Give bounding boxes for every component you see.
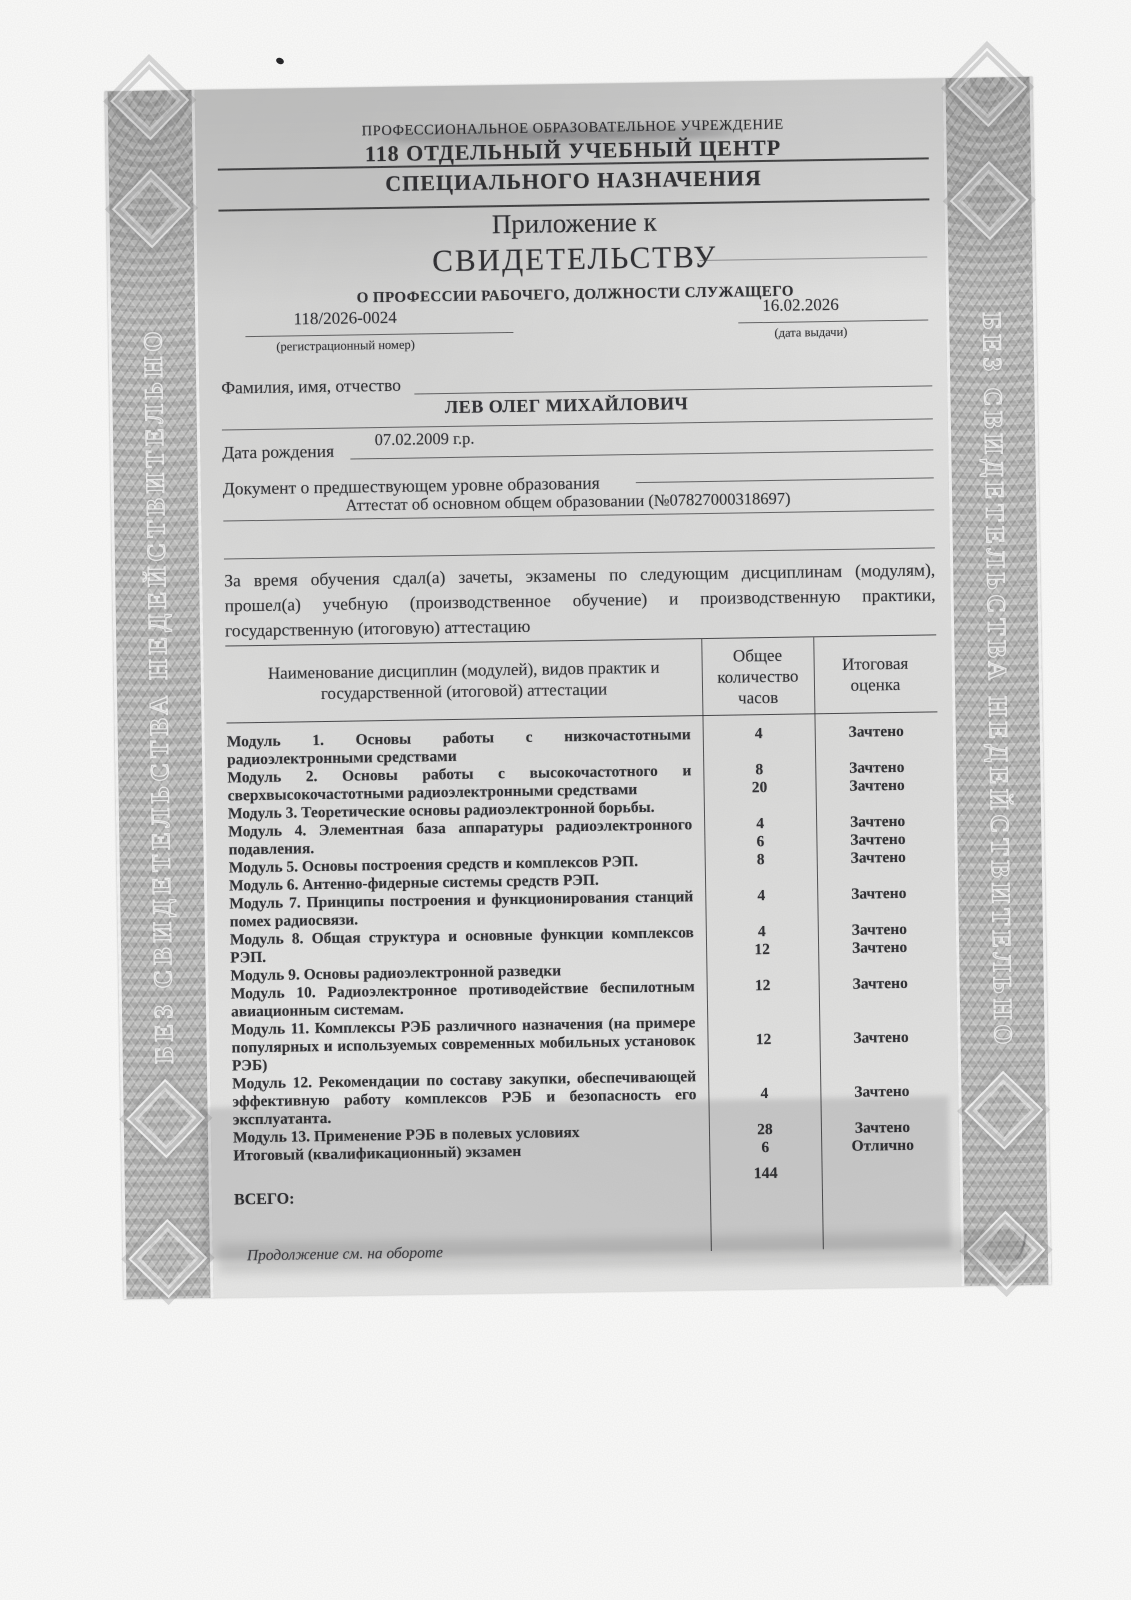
certificate-sheet: БЕЗ СВИДЕТЕЛЬСТВА НЕДЕЙСТВИТЕЛЬНО БЕЗ СВ… xyxy=(105,77,1052,1299)
module-grade-cell: Зачтено xyxy=(820,1064,944,1120)
col-header-disciplines: Наименование дисциплин (модулей), видов … xyxy=(225,639,702,722)
birth-date-value: 07.02.2009 г.р. xyxy=(322,428,527,451)
module-hours-cell: 12 xyxy=(707,976,820,1014)
total-grade-cell xyxy=(822,1180,945,1200)
module-grade-cell: Отлично xyxy=(821,1136,944,1156)
module-hours-cell: 20 xyxy=(704,796,816,816)
modules-table: Наименование дисциплин (модулей), видов … xyxy=(225,634,945,1209)
module-hours-cell: 4 xyxy=(708,1066,821,1122)
birth-date-label: Дата рождения xyxy=(222,441,334,464)
registration-number-caption: (регистрационный номер) xyxy=(230,337,460,356)
issue-date-caption: (дата выдачи) xyxy=(738,324,883,341)
total-hours-cell: 144 xyxy=(710,1182,822,1202)
scanned-page: БЕЗ СВИДЕТЕЛЬСТВА НЕДЕЙСТВИТЕЛЬНО БЕЗ СВ… xyxy=(0,0,1131,1600)
module-hours-cell: 12 xyxy=(707,1012,820,1068)
continuation-note: Продолжение см. на обороте xyxy=(247,1244,443,1265)
module-name-cell: Модуль 11. Комплексы РЭБ различного назн… xyxy=(231,1014,708,1075)
total-label-cell: ВСЕГО: xyxy=(234,1184,710,1209)
module-hours-cell: 6 xyxy=(709,1138,821,1158)
total-hours-value: 144 xyxy=(754,1165,778,1183)
rule-line xyxy=(224,547,935,559)
module-grade-cell: Зачтено xyxy=(819,1010,943,1066)
col-header-hours: Общее количество часов xyxy=(701,637,814,715)
module-grade-cell: Зачтено xyxy=(816,794,939,814)
table-header-row: Наименование дисциплин (модулей), видов … xyxy=(225,635,937,723)
registration-number: 118/2026-0024 xyxy=(245,307,445,330)
module-grade-cell: Зачтено xyxy=(815,722,939,760)
rule-line xyxy=(350,449,933,459)
rule-line xyxy=(245,332,513,337)
table-body: Модуль 1. Основы работы с низкочастотным… xyxy=(227,712,945,1165)
module-name-cell: Модуль 12. Рекомендации по составу закуп… xyxy=(232,1068,709,1129)
col-header-grade: Итоговая оценка xyxy=(813,635,937,713)
issue-date: 16.02.2026 xyxy=(738,294,863,316)
module-grade-cell: Зачтено xyxy=(821,1118,944,1138)
module-grade-cell: Зачтено xyxy=(818,956,941,976)
module-hours-cell: 8 xyxy=(705,868,817,888)
rule-line xyxy=(636,477,934,483)
module-hours-cell: 4 xyxy=(705,886,818,924)
full-name-label: Фамилия, имя, отчество xyxy=(221,375,401,399)
module-grade-cell: Зачтено xyxy=(819,974,943,1012)
module-grade-cell: Зачтено xyxy=(817,884,941,922)
scan-speck xyxy=(275,57,285,66)
rule-line xyxy=(738,319,928,323)
training-statement: За время обучения сдал(а) зачеты, экзаме… xyxy=(224,557,936,643)
certificate-content: ПРОФЕССИОНАЛЬНОЕ ОБРАЗОВАТЕЛЬНОЕ УЧРЕЖДЕ… xyxy=(105,77,1052,1299)
table-total-row: ВСЕГО: 144 xyxy=(234,1180,945,1209)
module-hours-cell: 12 xyxy=(706,958,818,978)
rule-line xyxy=(222,418,933,430)
module-hours-cell: 4 xyxy=(703,724,816,762)
module-grade-cell: Зачтено xyxy=(817,866,940,886)
module-hours-cell: 28 xyxy=(709,1120,821,1140)
